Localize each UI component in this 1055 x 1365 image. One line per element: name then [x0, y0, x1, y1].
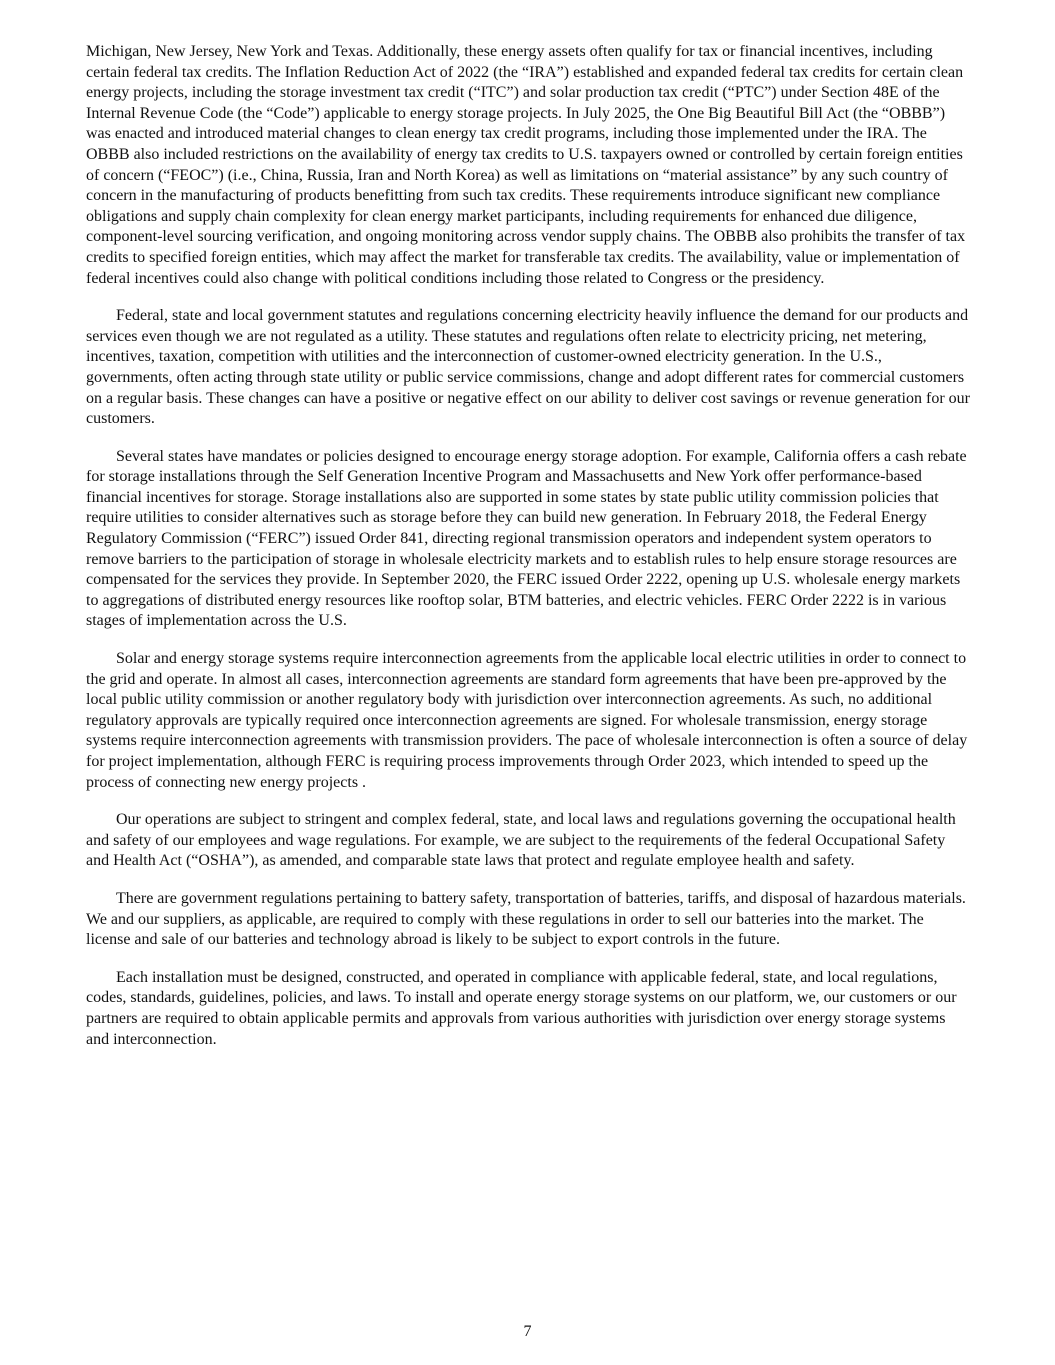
paragraph-battery-regulations: There are government regulations pertain… [86, 889, 970, 951]
paragraph-interconnection: Solar and energy storage systems require… [86, 649, 970, 793]
paragraph-state-storage-mandates: Several states have mandates or policies… [86, 447, 970, 632]
paragraph-installation-compliance: Each installation must be designed, cons… [86, 968, 970, 1050]
paragraph-occupational-safety: Our operations are subject to stringent … [86, 810, 970, 872]
paragraph-tax-incentives: Michigan, New Jersey, New York and Texas… [86, 42, 970, 289]
paragraph-government-regulation: Federal, state and local government stat… [86, 306, 970, 430]
document-body: Michigan, New Jersey, New York and Texas… [86, 42, 970, 1067]
page-number: 7 [0, 1323, 1055, 1341]
